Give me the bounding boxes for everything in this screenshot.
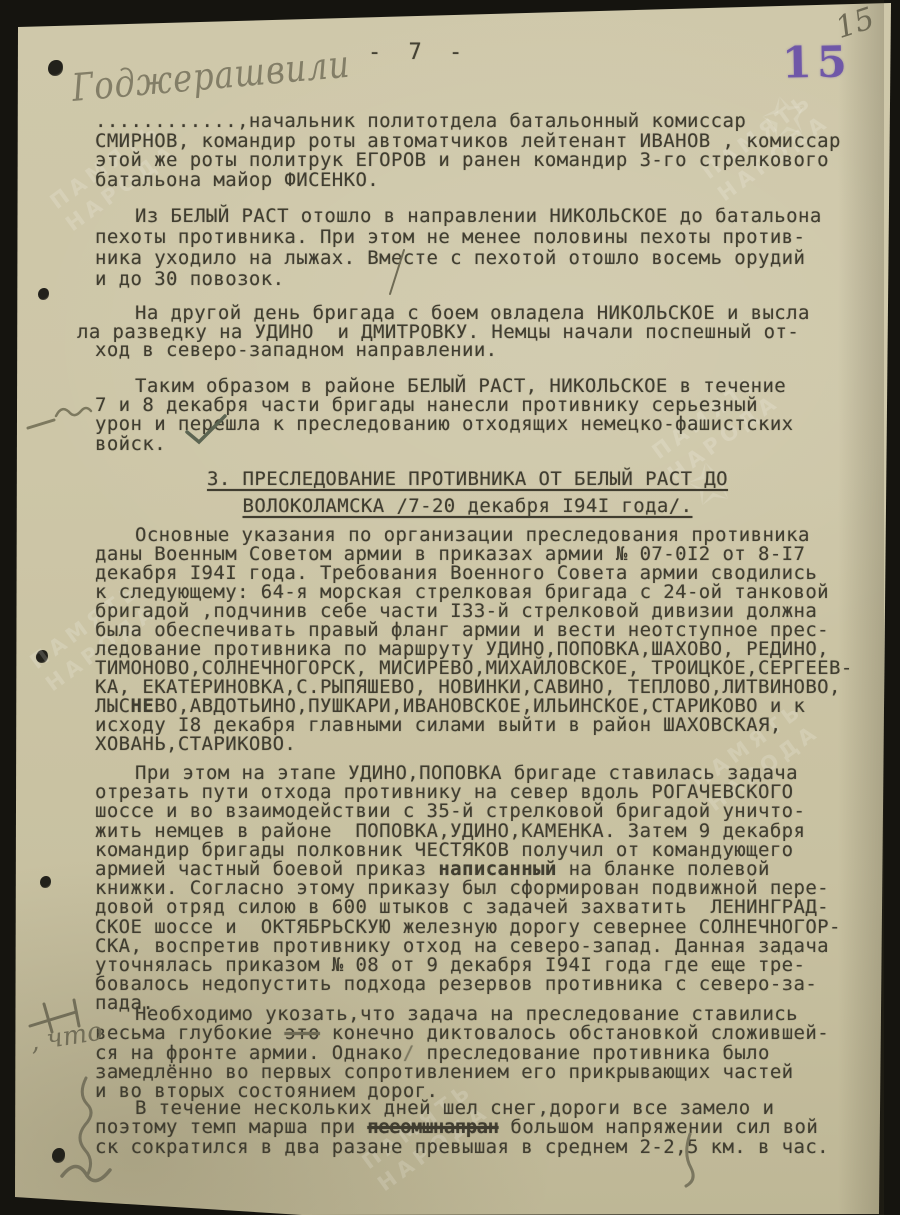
text-line: ход в северо-западном направлении. <box>95 341 810 360</box>
text-line: На другой день бригада с боем овладела Н… <box>95 304 810 323</box>
text-line: ск сократился в два разане превышая в ср… <box>95 1138 829 1157</box>
heading-line: 3. ПРЕСЛЕДОВАНИЕ ПРОТИВНИКА ОТ БЕЛЫЙ РАС… <box>95 466 840 493</box>
text-line: ся на фронте армии. Однако/ преследовани… <box>95 1044 829 1063</box>
text-line: довой отряд силою в 600 штыков с задачей… <box>95 898 841 917</box>
page-number: - 7 - <box>368 40 469 65</box>
text-line: шоссе и во взаимодействии с 35-й стрелко… <box>95 802 841 821</box>
handwritten-signature: Годжерашвили <box>70 42 352 110</box>
margin-pencil-mark <box>20 382 106 444</box>
section-heading: 3. ПРЕСЛЕДОВАНИЕ ПРОТИВНИКА ОТ БЕЛЫЙ РАС… <box>95 466 840 520</box>
paragraph: В течение нескольких дней шел снег,дорог… <box>95 1099 829 1157</box>
text-line: ............,начальник политотдела батал… <box>95 112 841 132</box>
check-mark <box>183 412 231 450</box>
stray-pencil-line <box>386 248 408 298</box>
scanned-page: ПАМЯТЬ НАРОДА ПАМЯТЬ НАРОДА ПАМЯТЬ НАРОД… <box>0 0 900 1215</box>
dotted-leader: ............ <box>95 110 237 132</box>
paragraph: При этом на этапе УДИНО,ПОПОВКА бригаде … <box>95 764 841 1014</box>
paragraph: Необходимо укозать,что задача на преслед… <box>95 1005 829 1101</box>
paragraph: ............,начальник политотдела батал… <box>95 112 841 190</box>
paragraph: Основные указания по организации преслед… <box>95 526 853 754</box>
text-line: пехоты противника. При этом не менее пол… <box>95 227 822 248</box>
paragraph: На другой день бригада с боем овладела Н… <box>95 304 810 360</box>
margin-pencil-squiggle <box>46 1072 136 1200</box>
text-line: батальона майор ФИСЕНКО. <box>95 171 841 191</box>
pencil-stroke <box>668 1128 708 1190</box>
margin-pencil-mark <box>18 992 128 1038</box>
text-line: ХОВАНЬ,СТАРИКОВО. <box>95 735 853 754</box>
text-line: жить немцев в районе ПОПОВКА,УДИНО,КАМЕН… <box>95 822 841 841</box>
overtyped-struck-word: пееомшнапран <box>367 1116 498 1138</box>
heading-line: ВОЛОКОЛАМСКА /7-20 декабря I94I года/. <box>95 493 840 520</box>
paragraph: Из БЕЛЫЙ РАСТ отошло в направлении НИКОЛ… <box>95 206 822 290</box>
text-line: Из БЕЛЫЙ РАСТ отошло в направлении НИКОЛ… <box>95 206 822 227</box>
text-line: бовалось недопустить подхода резервов пр… <box>95 975 841 994</box>
text-line: ника уходило на лыжах. Вместе с пехотой … <box>95 248 822 269</box>
text-line: поэтому темп марша при пееомшнапран боль… <box>95 1118 829 1137</box>
text-line: и до 30 повозок. <box>95 269 822 290</box>
text-segment: ,начальник политотдела батальонный комис… <box>237 110 746 132</box>
document-content: - 7 - 15 15 ............,начальник полит… <box>0 0 900 1215</box>
text-segment: большом напряжении сил вой <box>499 1116 819 1138</box>
text-line: СКОЕ шоссе и ОКТЯБРЬСКУЮ железную дорогу… <box>95 918 841 937</box>
text-line: этой же роты политрук ЕГОРОВ и ранен ком… <box>95 151 841 171</box>
